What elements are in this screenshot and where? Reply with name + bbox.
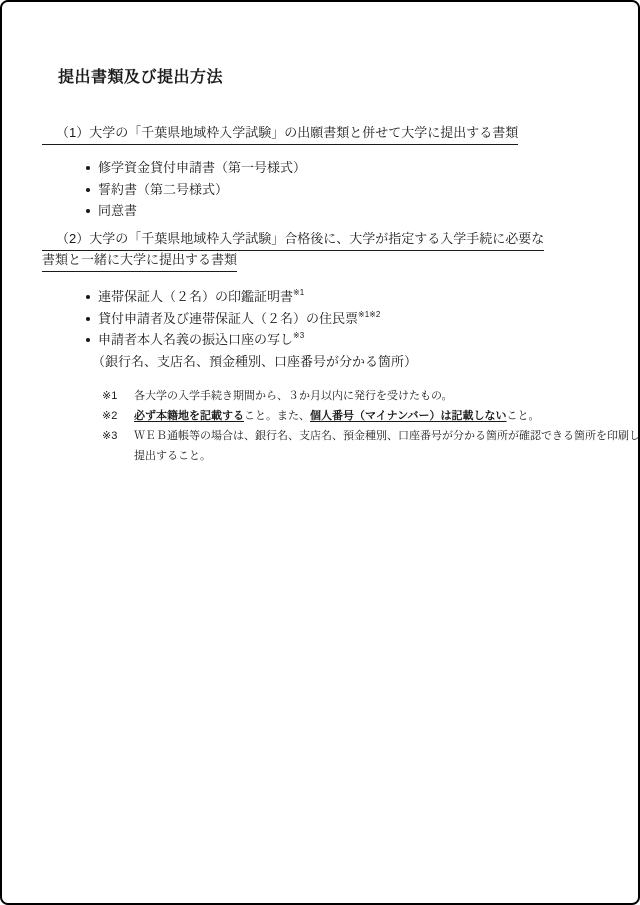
page-title: 提出書類及び提出方法 [58,68,223,88]
list-item: 連帯保証人（２名）の印鑑証明書※1 [86,286,417,308]
footnote-segment: 各大学の入学手続き期間から、３か月以内に発行を受けたもの。 [134,390,453,402]
footnote: ※3 ＷＥＢ通帳等の場合は、銀行名、支店名、預金種別、口座番号が分かる箇所が確認… [102,426,640,466]
footnotes: ※1 各大学の入学手続き期間から、３か月以内に発行を受けたもの。 ※2 必ず本籍… [102,386,640,466]
footnote-text: ＷＥＢ通帳等の場合は、銀行名、支店名、預金種別、口座番号が分かる箇所が確認できる… [134,426,640,466]
footnote-segment: ＷＥＢ通帳等の場合は、銀行名、支店名、預金種別、口座番号が分かる箇所が確認できる… [134,430,640,442]
list-item-text: 申請者本人名義の振込口座の写し※3 （銀行名、支店名、預金種別、口座番号が分かる… [98,329,417,372]
list-item: 同意書 [86,200,306,222]
section-2-heading-text-line-1: （2）大学の「千葉県地域枠入学試験」合格後に、大学が指定する入学手続に必要な [42,228,544,251]
footnote-segment-emphasized: 個人番号（マイナンバー）は記載しない [310,410,506,422]
footnote-text: 必ず本籍地を記載すること。また、個人番号（マイナンバー）は記載しないこと。 [134,406,539,426]
footnote-marker: ※2 [102,406,134,426]
footnote-marker: ※1 [102,386,134,406]
bullet-text: 申請者本人名義の振込口座の写し [98,332,293,347]
bullet-text: 誓約書（第二号様式） [98,182,228,197]
footnote: ※1 各大学の入学手続き期間から、３か月以内に発行を受けたもの。 [102,386,640,406]
footnote-segment: こと。また、 [244,410,310,422]
footnote-ref: ※1※2 [358,310,380,319]
footnote-segment: こと。 [506,410,539,422]
document-page: 提出書類及び提出方法 （1）大学の「千葉県地域枠入学試験」の出願書類と併せて大学… [0,0,640,905]
section-1-bullet-list: 修学資金貸付申請書（第一号様式） 誓約書（第二号様式） 同意書 [86,157,306,222]
list-item: 誓約書（第二号様式） [86,179,306,201]
list-item: 申請者本人名義の振込口座の写し※3 （銀行名、支店名、預金種別、口座番号が分かる… [86,329,417,372]
bullet-text: 修学資金貸付申請書（第一号様式） [98,160,306,175]
heading-line: （2）大学の「千葉県地域枠入学試験」合格後に、大学が指定する入学手続に必要な [42,228,544,249]
footnote: ※2 必ず本籍地を記載すること。また、個人番号（マイナンバー）は記載しないこと。 [102,406,640,426]
list-item-text: 誓約書（第二号様式） [98,179,228,201]
section-2-heading-text-line-2: 書類と一緒に大学に提出する書類 [42,249,237,272]
bullet-icon [86,317,90,321]
section-2-heading: （2）大学の「千葉県地域枠入学試験」合格後に、大学が指定する入学手続に必要な 書… [42,228,544,270]
bullet-icon [86,166,90,170]
section-1-heading: （1）大学の「千葉県地域枠入学試験」の出願書類と併せて大学に提出する書類 [42,122,518,143]
bullet-text: 同意書 [98,203,137,218]
footnote-continuation: 提出すること。 [134,446,640,466]
section-1-heading-text: （1）大学の「千葉県地域枠入学試験」の出願書類と併せて大学に提出する書類 [42,122,518,145]
bullet-icon [86,209,90,213]
heading-line: （1）大学の「千葉県地域枠入学試験」の出願書類と併せて大学に提出する書類 [42,122,518,143]
heading-line: 書類と一緒に大学に提出する書類 [42,249,544,270]
list-item: 貸付申請者及び連帯保証人（２名）の住民票※1※2 [86,308,417,330]
footnote-marker: ※3 [102,426,134,446]
bullet-icon [86,338,90,342]
list-item-text: 修学資金貸付申請書（第一号様式） [98,157,306,179]
footnote-ref: ※1 [293,288,304,297]
bullet-text: 連帯保証人（２名）の印鑑証明書 [98,289,293,304]
bullet-icon [86,188,90,192]
list-item-text: 同意書 [98,200,137,222]
list-item-text: 連帯保証人（２名）の印鑑証明書※1 [98,286,304,308]
bullet-sub-text: （銀行名、支店名、預金種別、口座番号が分かる箇所） [92,351,417,373]
list-item: 修学資金貸付申請書（第一号様式） [86,157,306,179]
bullet-icon [86,295,90,299]
list-item-text: 貸付申請者及び連帯保証人（２名）の住民票※1※2 [98,308,380,330]
bullet-text: 貸付申請者及び連帯保証人（２名）の住民票 [98,311,358,326]
footnote-text: 各大学の入学手続き期間から、３か月以内に発行を受けたもの。 [134,386,453,406]
footnote-segment-emphasized: 必ず本籍地を記載する [134,410,244,422]
footnote-ref: ※3 [293,331,304,340]
section-2-bullet-list: 連帯保証人（２名）の印鑑証明書※1 貸付申請者及び連帯保証人（２名）の住民票※1… [86,286,417,373]
